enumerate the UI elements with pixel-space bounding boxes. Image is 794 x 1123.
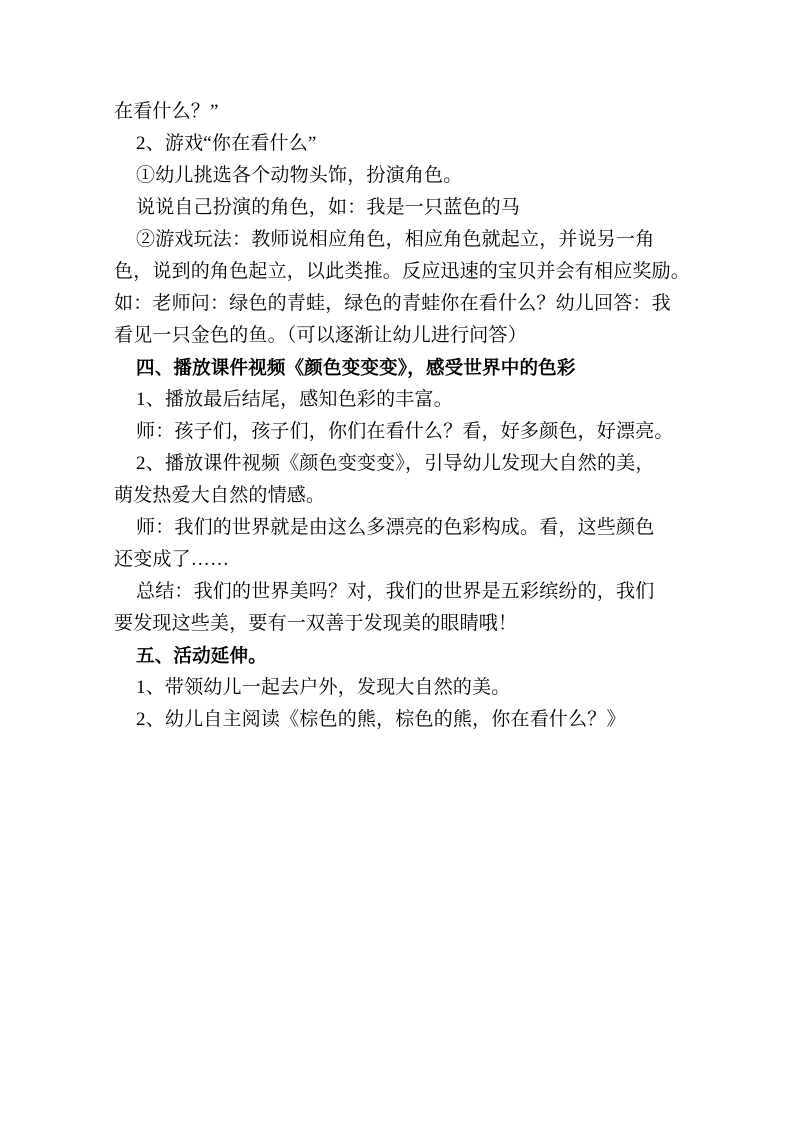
document-page: 在看什么？”2、游戏“你在看什么”①幼儿挑选各个动物头饰，扮演角色。说说自己扮演… (0, 0, 794, 1123)
text-line: 在看什么？” (114, 96, 692, 128)
text-line: 萌发热爱大自然的情感。 (114, 480, 692, 512)
text-line: 师：孩子们，孩子们，你们在看什么？看，好多颜色，好漂亮。 (114, 416, 692, 448)
text-line: 看见一只金色的鱼。（可以逐渐让幼儿进行问答） (114, 320, 692, 352)
text-line: 1、播放最后结尾，感知色彩的丰富。 (114, 384, 692, 416)
text-line: 2、幼儿自主阅读《棕色的熊，棕色的熊，你在看什么？》 (114, 704, 692, 736)
text-line: 四、播放课件视频《颜色变变变》，感受世界中的色彩 (114, 352, 692, 384)
text-line: 如：老师问：绿色的青蛙，绿色的青蛙你在看什么？幼儿回答：我 (114, 288, 692, 320)
text-line: 色，说到的角色起立，以此类推。反应迅速的宝贝并会有相应奖励。 (114, 256, 692, 288)
text-line: 要发现这些美，要有一双善于发现美的眼睛哦！ (114, 608, 692, 640)
text-line: ②游戏玩法：教师说相应角色，相应角色就起立，并说另一角 (114, 224, 692, 256)
document-body: 在看什么？”2、游戏“你在看什么”①幼儿挑选各个动物头饰，扮演角色。说说自己扮演… (114, 96, 692, 736)
text-line: 说说自己扮演的角色，如：我是一只蓝色的马 (114, 192, 692, 224)
text-line: ①幼儿挑选各个动物头饰，扮演角色。 (114, 160, 692, 192)
text-line: 2、游戏“你在看什么” (114, 128, 692, 160)
text-line: 2、播放课件视频《颜色变变变》，引导幼儿发现大自然的美， (114, 448, 692, 480)
text-line: 还变成了…… (114, 544, 692, 576)
text-line: 五、活动延伸。 (114, 640, 692, 672)
text-line: 总结：我们的世界美吗？对，我们的世界是五彩缤纷的，我们 (114, 576, 692, 608)
text-line: 1、带领幼儿一起去户外，发现大自然的美。 (114, 672, 692, 704)
text-line: 师：我们的世界就是由这么多漂亮的色彩构成。看，这些颜色 (114, 512, 692, 544)
